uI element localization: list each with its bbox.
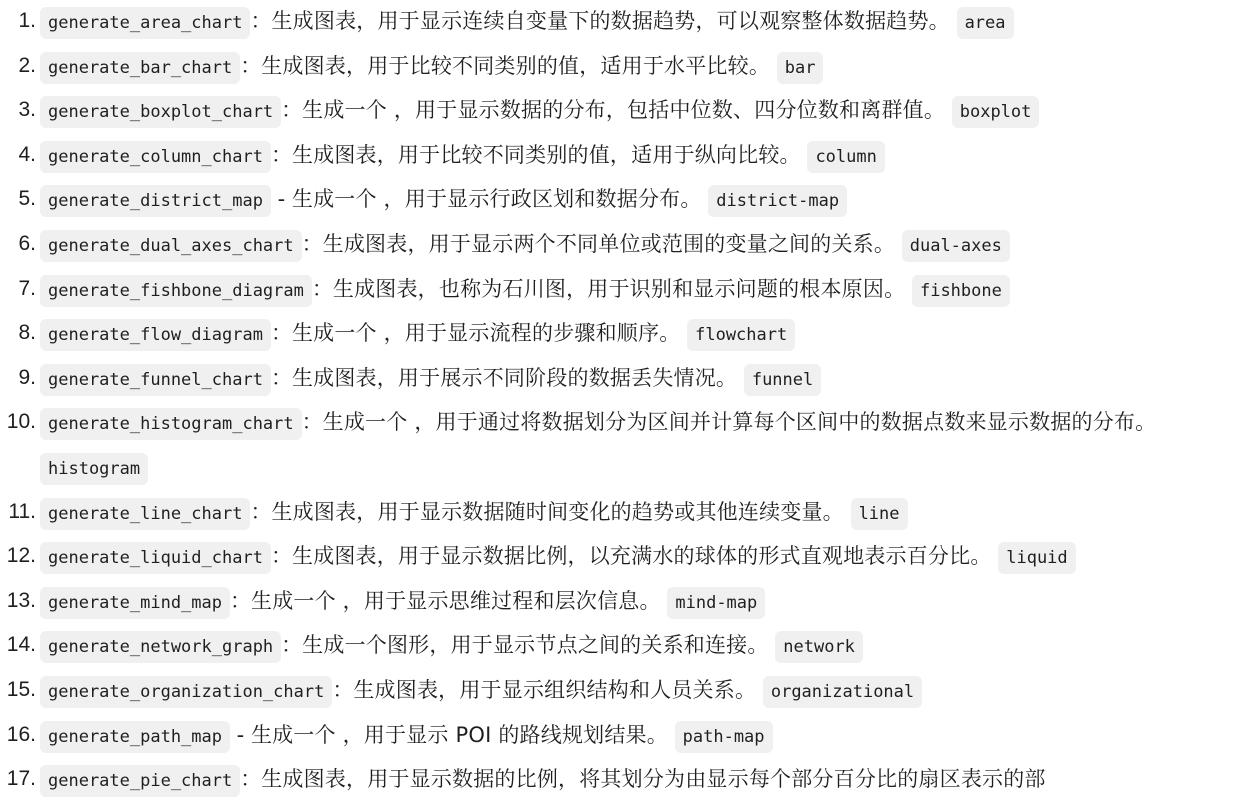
item-description: 生成图表，用于显示两个不同单位或范围的变量之间的关系。 bbox=[323, 232, 895, 256]
item-description: 生成图表，用于显示组织结构和人员关系。 bbox=[353, 678, 756, 702]
function-name: generate_funnel_chart bbox=[40, 364, 271, 396]
separator: ： bbox=[281, 633, 302, 657]
item-description: 生成一个 ，用于显示数据的分布，包括中位数、四分位数和离群值。 bbox=[302, 98, 945, 122]
separator: - bbox=[271, 187, 292, 211]
function-name: generate_network_graph bbox=[40, 631, 281, 663]
function-name: generate_column_chart bbox=[40, 141, 271, 173]
list-item: 5.generate_district_map - 生成一个 ，用于显示行政区划… bbox=[0, 178, 1255, 223]
chart-type-tag: area bbox=[957, 7, 1014, 39]
function-name: generate_path_map bbox=[40, 721, 230, 745]
item-description: 生成图表，用于显示数据随时间变化的趋势或其他连续变量。 bbox=[271, 500, 843, 524]
chart-type-tag: bar bbox=[777, 52, 824, 84]
item-number: 1. bbox=[0, 0, 36, 43]
item-number: 14. bbox=[0, 624, 36, 667]
item-description: 生成图表，用于展示不同阶段的数据丢失情况。 bbox=[292, 366, 737, 390]
function-name: generate_fishbone_diagram bbox=[40, 275, 312, 307]
chart-type-tag: boxplot bbox=[952, 96, 1040, 128]
function-name: generate_district_map bbox=[40, 185, 271, 217]
item-description: 生成图表，用于显示连续自变量下的数据趋势，可以观察整体数据趋势。 bbox=[271, 9, 949, 33]
list-item: 1.generate_area_chart：生成图表，用于显示连续自变量下的数据… bbox=[0, 0, 1255, 45]
separator: ： bbox=[271, 544, 292, 568]
item-number: 15. bbox=[0, 669, 36, 712]
separator: ： bbox=[271, 321, 292, 345]
list-item: 9.generate_funnel_chart：生成图表，用于展示不同阶段的数据… bbox=[0, 357, 1255, 402]
item-number: 10. bbox=[0, 401, 36, 444]
item-description: 生成一个图形，用于显示节点之间的关系和连接。 bbox=[302, 633, 768, 657]
separator: ： bbox=[302, 232, 323, 256]
item-number: 4. bbox=[0, 134, 36, 177]
list-item: 16.generate_path_map - 生成一个 ，用于显示 POI 的路… bbox=[0, 714, 1255, 745]
item-number: 16. bbox=[0, 714, 36, 745]
item-description: 生成一个 ，用于显示思维过程和层次信息。 bbox=[251, 589, 661, 613]
item-description: 生成图表，也称为石川图，用于识别和显示问题的根本原因。 bbox=[333, 277, 905, 301]
separator: ： bbox=[271, 366, 292, 390]
function-name: generate_area_chart bbox=[40, 7, 250, 39]
list-item: 11.generate_line_chart：生成图表，用于显示数据随时间变化的… bbox=[0, 491, 1255, 536]
chart-type-tag: network bbox=[775, 631, 863, 663]
list-item: 12.generate_liquid_chart：生成图表，用于显示数据比例，以… bbox=[0, 535, 1255, 580]
list-item: 8.generate_flow_diagram：生成一个 ，用于显示流程的步骤和… bbox=[0, 312, 1255, 357]
separator: ： bbox=[312, 277, 333, 301]
item-number: 5. bbox=[0, 178, 36, 221]
list-item: 6.generate_dual_axes_chart：生成图表，用于显示两个不同… bbox=[0, 223, 1255, 268]
list-item: 15.generate_organization_chart：生成图表，用于显示… bbox=[0, 669, 1255, 714]
list-item: 13.generate_mind_map：生成一个 ，用于显示思维过程和层次信息… bbox=[0, 580, 1255, 625]
list-item: 2.generate_bar_chart：生成图表，用于比较不同类别的值，适用于… bbox=[0, 45, 1255, 90]
separator: ： bbox=[281, 98, 302, 122]
chart-type-tag: district-map bbox=[708, 185, 847, 217]
item-description: 生成一个 ，用于通过将数据划分为区间并计算每个区间中的数据点数来显示数据的分布。 bbox=[323, 410, 1157, 434]
separator: ： bbox=[271, 143, 292, 167]
function-name: generate_line_chart bbox=[40, 498, 250, 530]
item-number: 6. bbox=[0, 223, 36, 266]
chart-type-tag: liquid bbox=[998, 542, 1075, 574]
item-number: 3. bbox=[0, 89, 36, 132]
chart-type-tag: column bbox=[807, 141, 884, 173]
function-name: generate_organization_chart bbox=[40, 676, 332, 708]
function-name: generate_bar_chart bbox=[40, 52, 240, 84]
chart-type-tag: line bbox=[851, 498, 908, 530]
separator: ： bbox=[250, 9, 271, 33]
item-description: 生成一个 ，用于显示 POI 的路线规划结果。 bbox=[251, 723, 668, 745]
chart-type-tag: path-map bbox=[675, 721, 773, 745]
separator: ： bbox=[240, 54, 261, 78]
item-number: 9. bbox=[0, 357, 36, 400]
chart-type-tag: histogram bbox=[40, 453, 148, 485]
function-name: generate_liquid_chart bbox=[40, 542, 271, 574]
list-item: 10.generate_histogram_chart：生成一个 ，用于通过将数… bbox=[0, 401, 1255, 490]
item-number: 2. bbox=[0, 45, 36, 88]
item-description: 生成图表，用于显示数据比例，以充满水的球体的形式直观地表示百分比。 bbox=[292, 544, 992, 568]
chart-type-tag: fishbone bbox=[912, 275, 1010, 307]
item-number: 11. bbox=[0, 491, 36, 534]
item-number: 7. bbox=[0, 268, 36, 311]
function-name: generate_mind_map bbox=[40, 587, 230, 619]
separator: - bbox=[230, 723, 251, 745]
chart-type-tag: flowchart bbox=[687, 319, 795, 351]
list-item: 3.generate_boxplot_chart：生成一个 ，用于显示数据的分布… bbox=[0, 89, 1255, 134]
item-description: 生成一个 ，用于显示流程的步骤和顺序。 bbox=[292, 321, 680, 345]
separator: ： bbox=[332, 678, 353, 702]
function-name: generate_histogram_chart bbox=[40, 408, 302, 440]
list-item: 7.generate_fishbone_diagram：生成图表，也称为石川图，… bbox=[0, 268, 1255, 313]
function-name: generate_flow_diagram bbox=[40, 319, 271, 351]
separator: ： bbox=[250, 500, 271, 524]
item-number: 12. bbox=[0, 535, 36, 578]
chart-type-tag: mind-map bbox=[667, 587, 765, 619]
separator: ： bbox=[302, 410, 323, 434]
list-item: 14.generate_network_graph：生成一个图形，用于显示节点之… bbox=[0, 624, 1255, 669]
tool-list: 1.generate_area_chart：生成图表，用于显示连续自变量下的数据… bbox=[0, 0, 1255, 744]
item-number: 8. bbox=[0, 312, 36, 355]
chart-type-tag: organizational bbox=[763, 676, 922, 708]
function-name: generate_boxplot_chart bbox=[40, 96, 281, 128]
item-description: 生成图表，用于比较不同类别的值，适用于水平比较。 bbox=[261, 54, 770, 78]
item-description: 生成一个 ，用于显示行政区划和数据分布。 bbox=[292, 187, 702, 211]
item-description: 生成图表，用于比较不同类别的值，适用于纵向比较。 bbox=[292, 143, 801, 167]
chart-type-tag: funnel bbox=[744, 364, 821, 396]
function-name: generate_dual_axes_chart bbox=[40, 230, 302, 262]
list-item: 4.generate_column_chart：生成图表，用于比较不同类别的值，… bbox=[0, 134, 1255, 179]
separator: ： bbox=[230, 589, 251, 613]
item-number: 13. bbox=[0, 580, 36, 623]
chart-type-tag: dual-axes bbox=[902, 230, 1010, 262]
